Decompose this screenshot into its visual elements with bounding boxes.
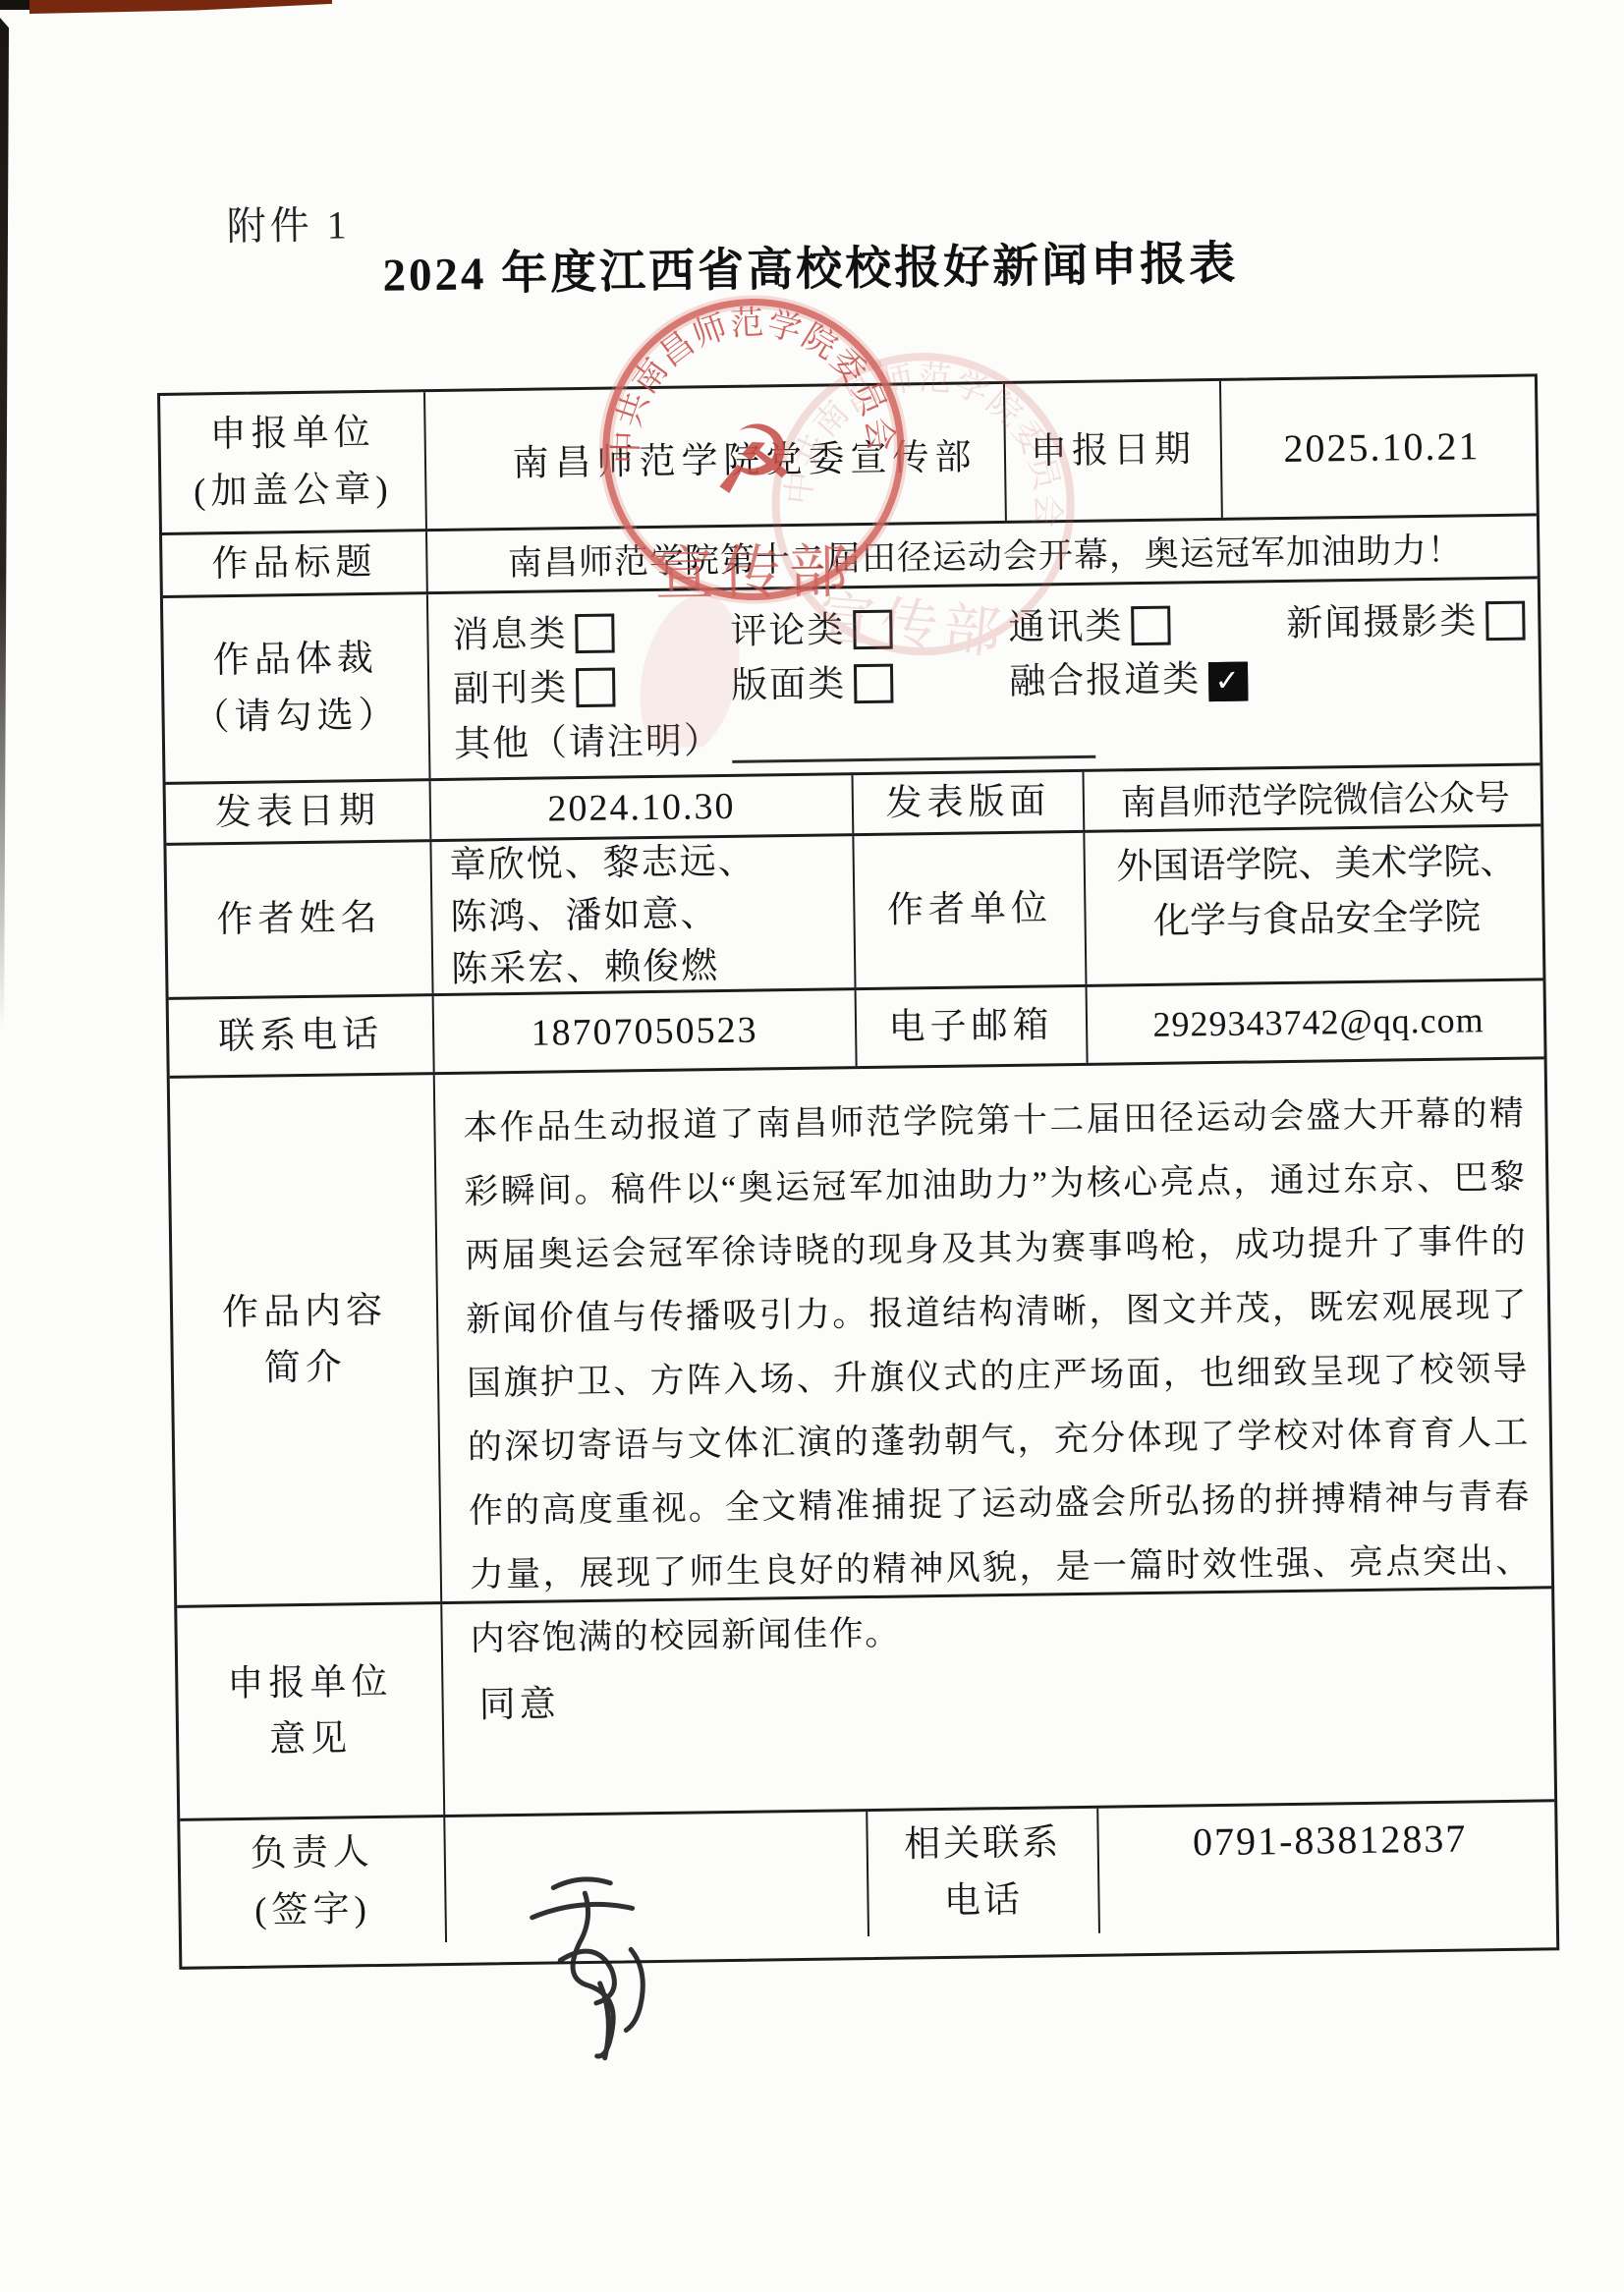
authors-unit-label: 作者单位 — [887, 881, 1053, 940]
table-row: 申报单位 (加盖公章) 南昌师范学院党委宣传部 申报日期 2025.10.21 — [160, 376, 1537, 535]
work-title-value: 南昌师范学院第十二届田径运动会开幕，奥运冠军加油助力！ — [508, 523, 1464, 586]
authors-unit-value: 外国语学院、美术学院、 化学与食品安全学院 — [1116, 835, 1518, 951]
genre-option: 消息类✓ — [452, 602, 615, 657]
genre-option: 评论类✓ — [730, 598, 893, 653]
table-row: 负责人 (签字) 相关联系 电话 0791-83812837 — [180, 1802, 1556, 1946]
checkbox-icon: ✓ — [854, 664, 894, 704]
genre-option: 通讯类✓ — [1008, 594, 1171, 649]
contact-phone-value: 0791-83812837 — [1193, 1816, 1468, 1866]
intro-label: 作品内容 简介 — [222, 1282, 389, 1397]
declare-date-value: 2025.10.21 — [1283, 422, 1481, 472]
genre-option: 融合报道类✓ — [1009, 648, 1249, 704]
application-form-table: 申报单位 (加盖公章) 南昌师范学院党委宣传部 申报日期 2025.10.21 … — [157, 373, 1559, 1969]
declare-unit-value: 南昌师范学院党委宣传部 — [512, 426, 978, 486]
phone-value: 18707050523 — [531, 1008, 758, 1054]
email-label: 电子邮箱 — [888, 997, 1054, 1056]
authors-label: 作者姓名 — [216, 890, 382, 949]
checkbox-icon: ✓ — [853, 609, 893, 649]
publish-date-label: 发表日期 — [215, 783, 381, 842]
table-row: 作者姓名 章欣悦、黎志远、 陈鸿、潘如意、 陈采宏、赖俊燃 作者单位 外国语学院… — [166, 826, 1542, 1000]
intro-value: 本作品生动报道了南昌师范学院第十二届田径运动会盛大开幕的精彩瞬间。稿件以“奥运冠… — [463, 1082, 1533, 1671]
blank-underline — [732, 716, 1096, 763]
genre-label: 作品体裁 （请勾选） — [192, 631, 400, 747]
genre-option: 版面类✓ — [731, 653, 894, 708]
contact-phone-label: 相关联系 电话 — [904, 1815, 1063, 1929]
checkbox-icon: ✓ — [1131, 605, 1171, 645]
publish-date-value: 2024.10.30 — [547, 784, 736, 830]
declare-unit-label: 申报单位 (加盖公章) — [193, 405, 393, 521]
checkbox-icon: ✓ — [575, 613, 615, 653]
checkbox-checked-icon: ✓ — [1208, 662, 1249, 702]
table-row: 作品内容 简介 本作品生动报道了南昌师范学院第十二届田径运动会盛大开幕的精彩瞬间… — [170, 1059, 1551, 1607]
table-row: 作品体裁 （请勾选） 消息类✓ 评论类✓ 通讯类✓ 新闻摄影类✓ 副刊类✓ 版面… — [163, 579, 1540, 785]
authors-value: 章欣悦、黎志远、 陈鸿、潘如意、 陈采宏、赖俊燃 — [449, 835, 757, 995]
genre-option: 新闻摄影类✓ — [1286, 589, 1526, 645]
publish-page-value: 南昌师范学院微信公众号 — [1121, 770, 1511, 826]
genre-options-cell: 消息类✓ 评论类✓ 通讯类✓ 新闻摄影类✓ 副刊类✓ 版面类✓ 融合报道类✓ 其… — [428, 579, 1546, 778]
publish-page-label: 发表版面 — [885, 773, 1051, 832]
signature-cell — [445, 1812, 869, 1942]
work-title-label: 作品标题 — [211, 534, 377, 593]
scanned-page: 附件 1 2024 年度江西省高校校报好新闻申报表 申报单位 (加盖公章) 南昌… — [0, 0, 1624, 2292]
opinion-label: 申报单位 意见 — [227, 1653, 394, 1768]
phone-label: 联系电话 — [218, 1007, 384, 1066]
checkbox-icon: ✓ — [576, 668, 616, 708]
opinion-value: 同意 — [478, 1673, 560, 1727]
email-value: 2929343742@qq.com — [1152, 999, 1484, 1045]
genre-other-label: 其他（请注明） — [454, 710, 723, 767]
checkbox-icon: ✓ — [1485, 600, 1526, 641]
sign-label: 负责人 (签字) — [250, 1824, 375, 1938]
genre-option: 副刊类✓ — [453, 657, 616, 712]
table-row: 申报单位 意见 同意 — [177, 1589, 1554, 1821]
declare-date-label: 申报日期 — [1031, 421, 1197, 480]
